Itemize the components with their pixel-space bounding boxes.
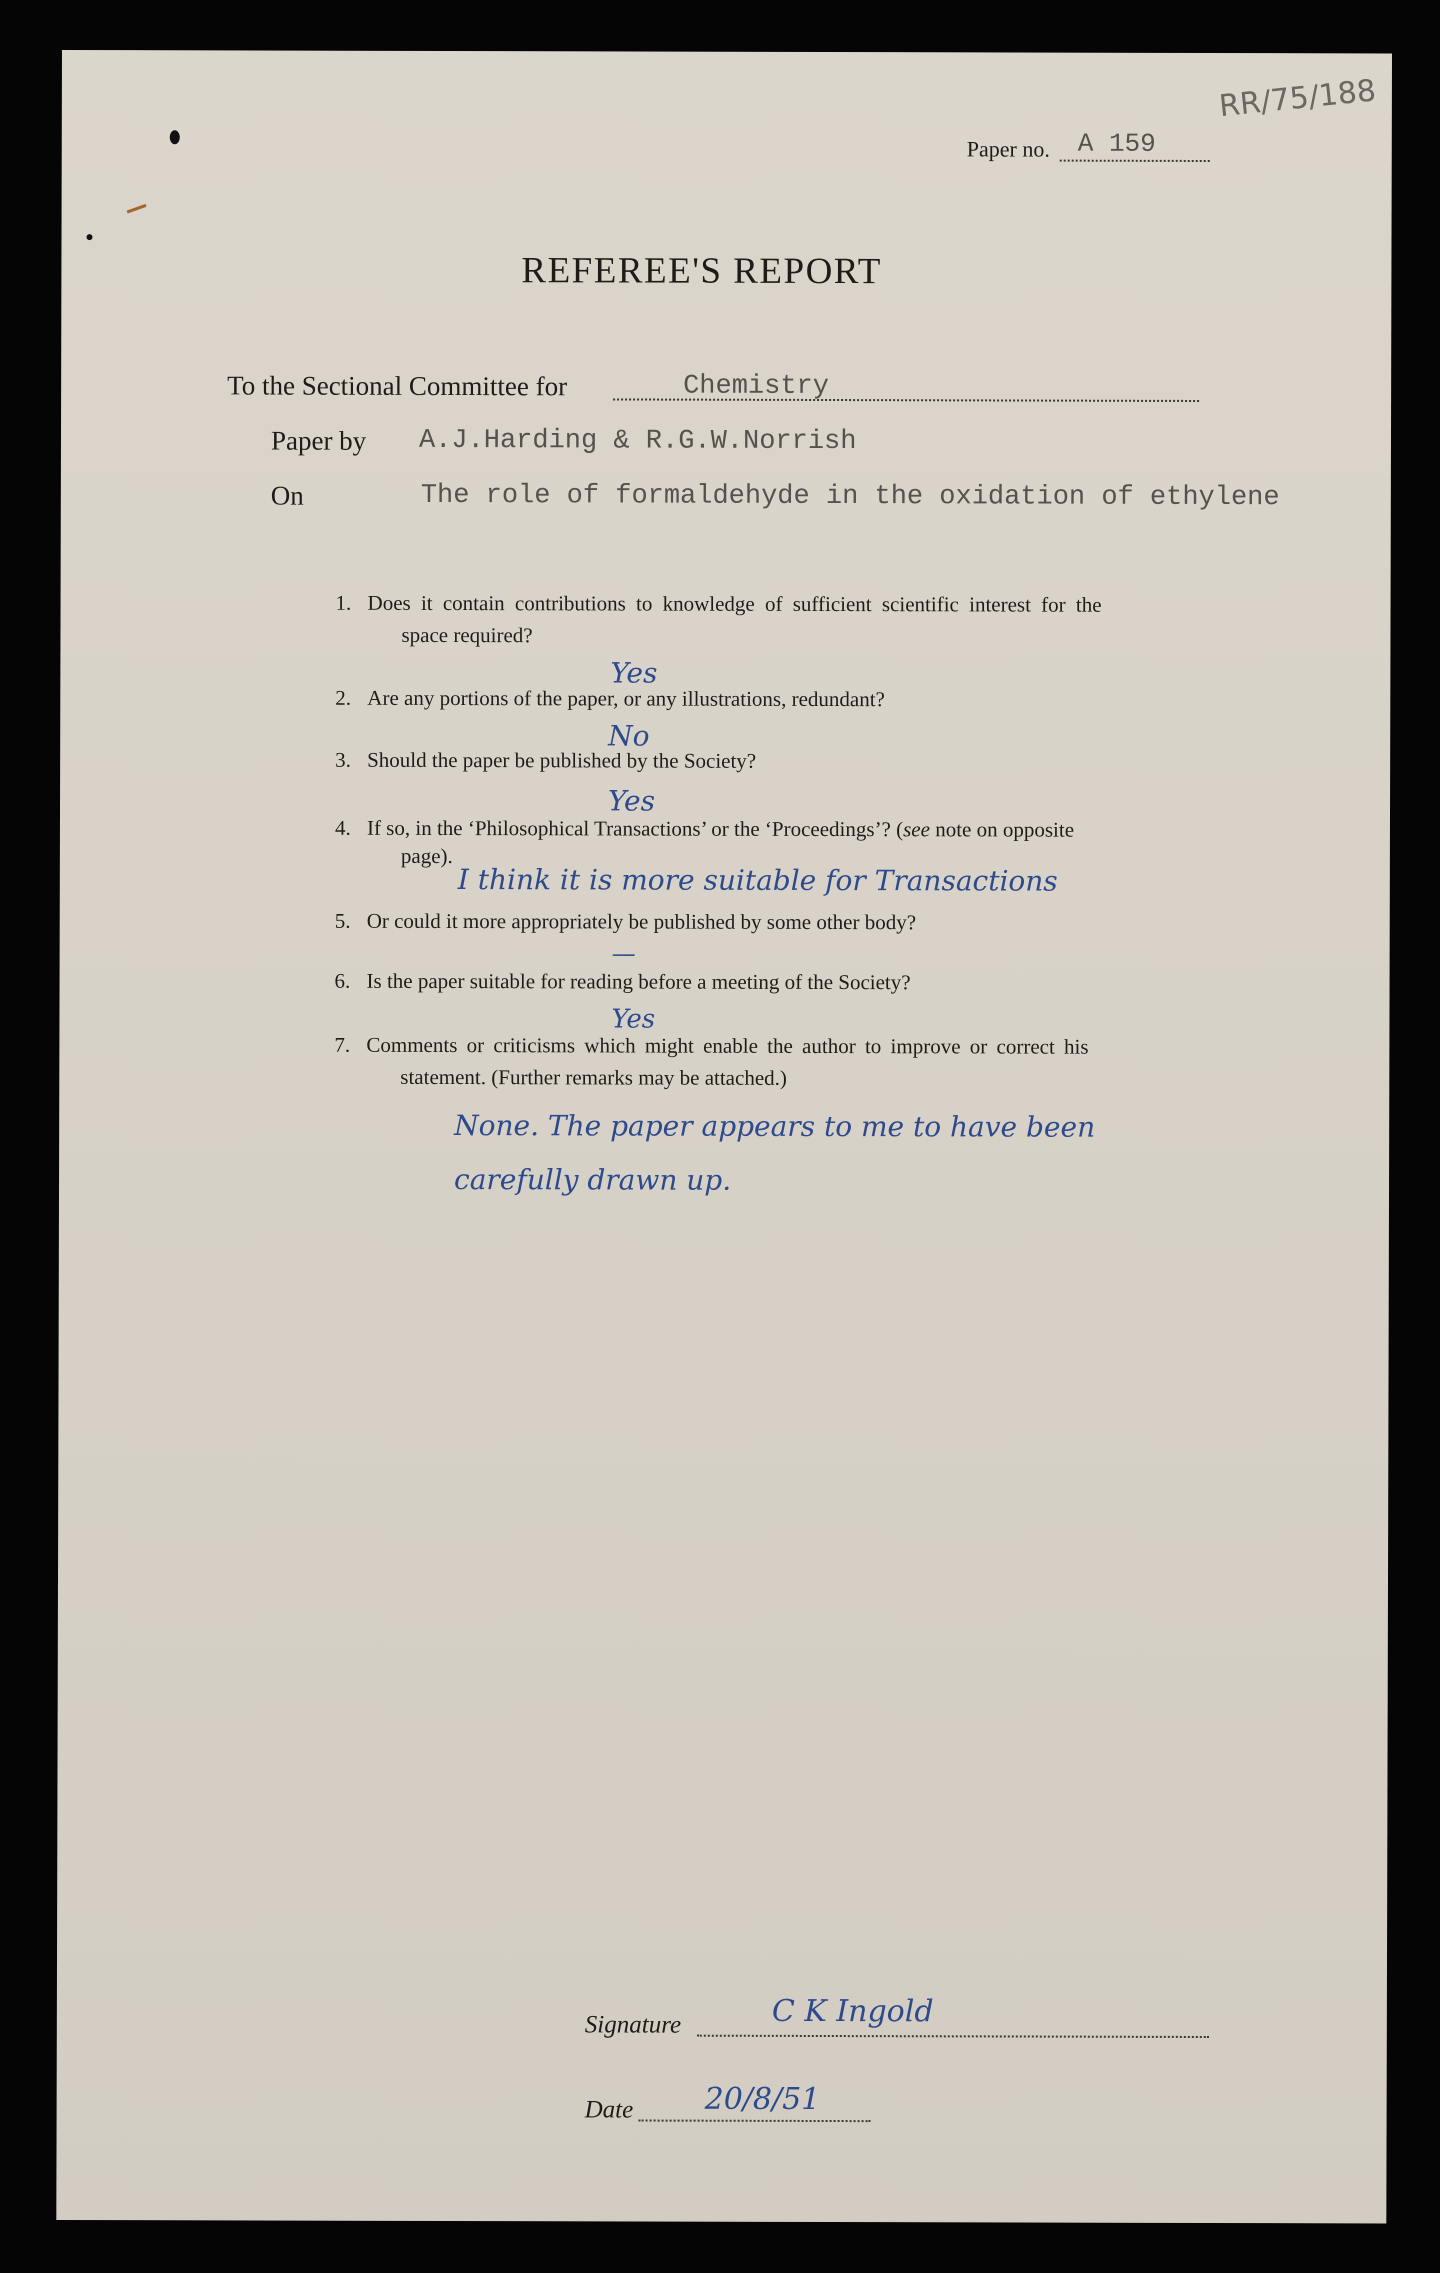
committee-label: To the Sectional Committee for <box>227 370 567 402</box>
signature-dotted-line <box>697 2035 1209 2038</box>
punch-hole <box>170 130 180 144</box>
question-6: 6. Is the paper suitable for reading bef… <box>335 969 1205 1003</box>
question-text: If so, in the ‘Philosophical Transaction… <box>367 816 1074 843</box>
paper-no-label: Paper no. <box>967 136 1050 162</box>
answer-5-handwritten: — <box>612 939 636 967</box>
answer-4-handwritten: I think it is more suitable for Transact… <box>458 863 1058 898</box>
question-7: 7. Comments or criticisms which might en… <box>334 1033 1204 1099</box>
question-text: Or could it more appropriately be publis… <box>367 909 916 935</box>
question-number: 2. <box>335 686 351 711</box>
question-text: Should the paper be published by the Soc… <box>367 748 756 774</box>
question-number: 5. <box>335 909 351 934</box>
question-number: 6. <box>335 969 351 994</box>
answer-6-handwritten: Yes <box>611 1004 655 1034</box>
question-text-cont: space required? <box>401 623 532 648</box>
question-number: 7. <box>334 1033 350 1058</box>
question-number: 3. <box>335 748 351 773</box>
question-2: 2. Are any portions of the paper, or any… <box>335 686 1205 720</box>
committee-value: Chemistry <box>683 372 829 402</box>
on-value: The role of formaldehyde in the oxidatio… <box>421 481 1280 513</box>
comments-handwritten-line-2: carefully drawn up. <box>454 1163 731 1197</box>
rust-mark <box>127 204 147 214</box>
answer-1-handwritten: Yes <box>610 656 657 689</box>
date-dotted-line <box>639 2120 871 2123</box>
page-title: REFEREE'S REPORT <box>521 249 882 293</box>
question-number: 4. <box>335 816 351 841</box>
signature-label: Signature <box>585 2011 681 2039</box>
referee-report-form: RR/75/188 Paper no. A 159 REFEREE'S REPO… <box>56 50 1392 2223</box>
comments-handwritten-line-1: None. The paper appears to me to have be… <box>454 1109 1095 1144</box>
question-text-cont: statement. (Further remarks may be attac… <box>400 1065 787 1091</box>
signature-handwritten: C K Ingold <box>772 1994 934 2029</box>
question-text: Does it contain contributions to knowled… <box>368 591 1102 618</box>
archive-reference: RR/75/188 <box>1218 73 1378 124</box>
question-text-cont: page). <box>401 844 453 869</box>
question-text: Comments or criticisms which might enabl… <box>366 1033 1088 1060</box>
question-text: Is the paper suitable for reading before… <box>367 969 911 995</box>
punch-hole <box>87 234 93 240</box>
question-number: 1. <box>336 591 352 616</box>
question-text: Are any portions of the paper, or any il… <box>367 686 885 712</box>
paper-no-value: A 159 <box>1078 129 1156 159</box>
answer-3-handwritten: Yes <box>608 784 655 817</box>
paper-no-dotted-line <box>1060 160 1210 162</box>
date-label: Date <box>585 2096 634 2124</box>
paper-by-label: Paper by <box>271 426 366 457</box>
on-label: On <box>271 481 304 512</box>
date-handwritten: 20/8/51 <box>705 2082 821 2117</box>
paper-by-value: A.J.Harding & R.G.W.Norrish <box>419 426 857 457</box>
question-1: 1. Does it contain contributions to know… <box>335 591 1205 657</box>
question-5: 5. Or could it more appropriately be pub… <box>335 909 1205 943</box>
question-3: 3. Should the paper be published by the … <box>335 748 1205 782</box>
